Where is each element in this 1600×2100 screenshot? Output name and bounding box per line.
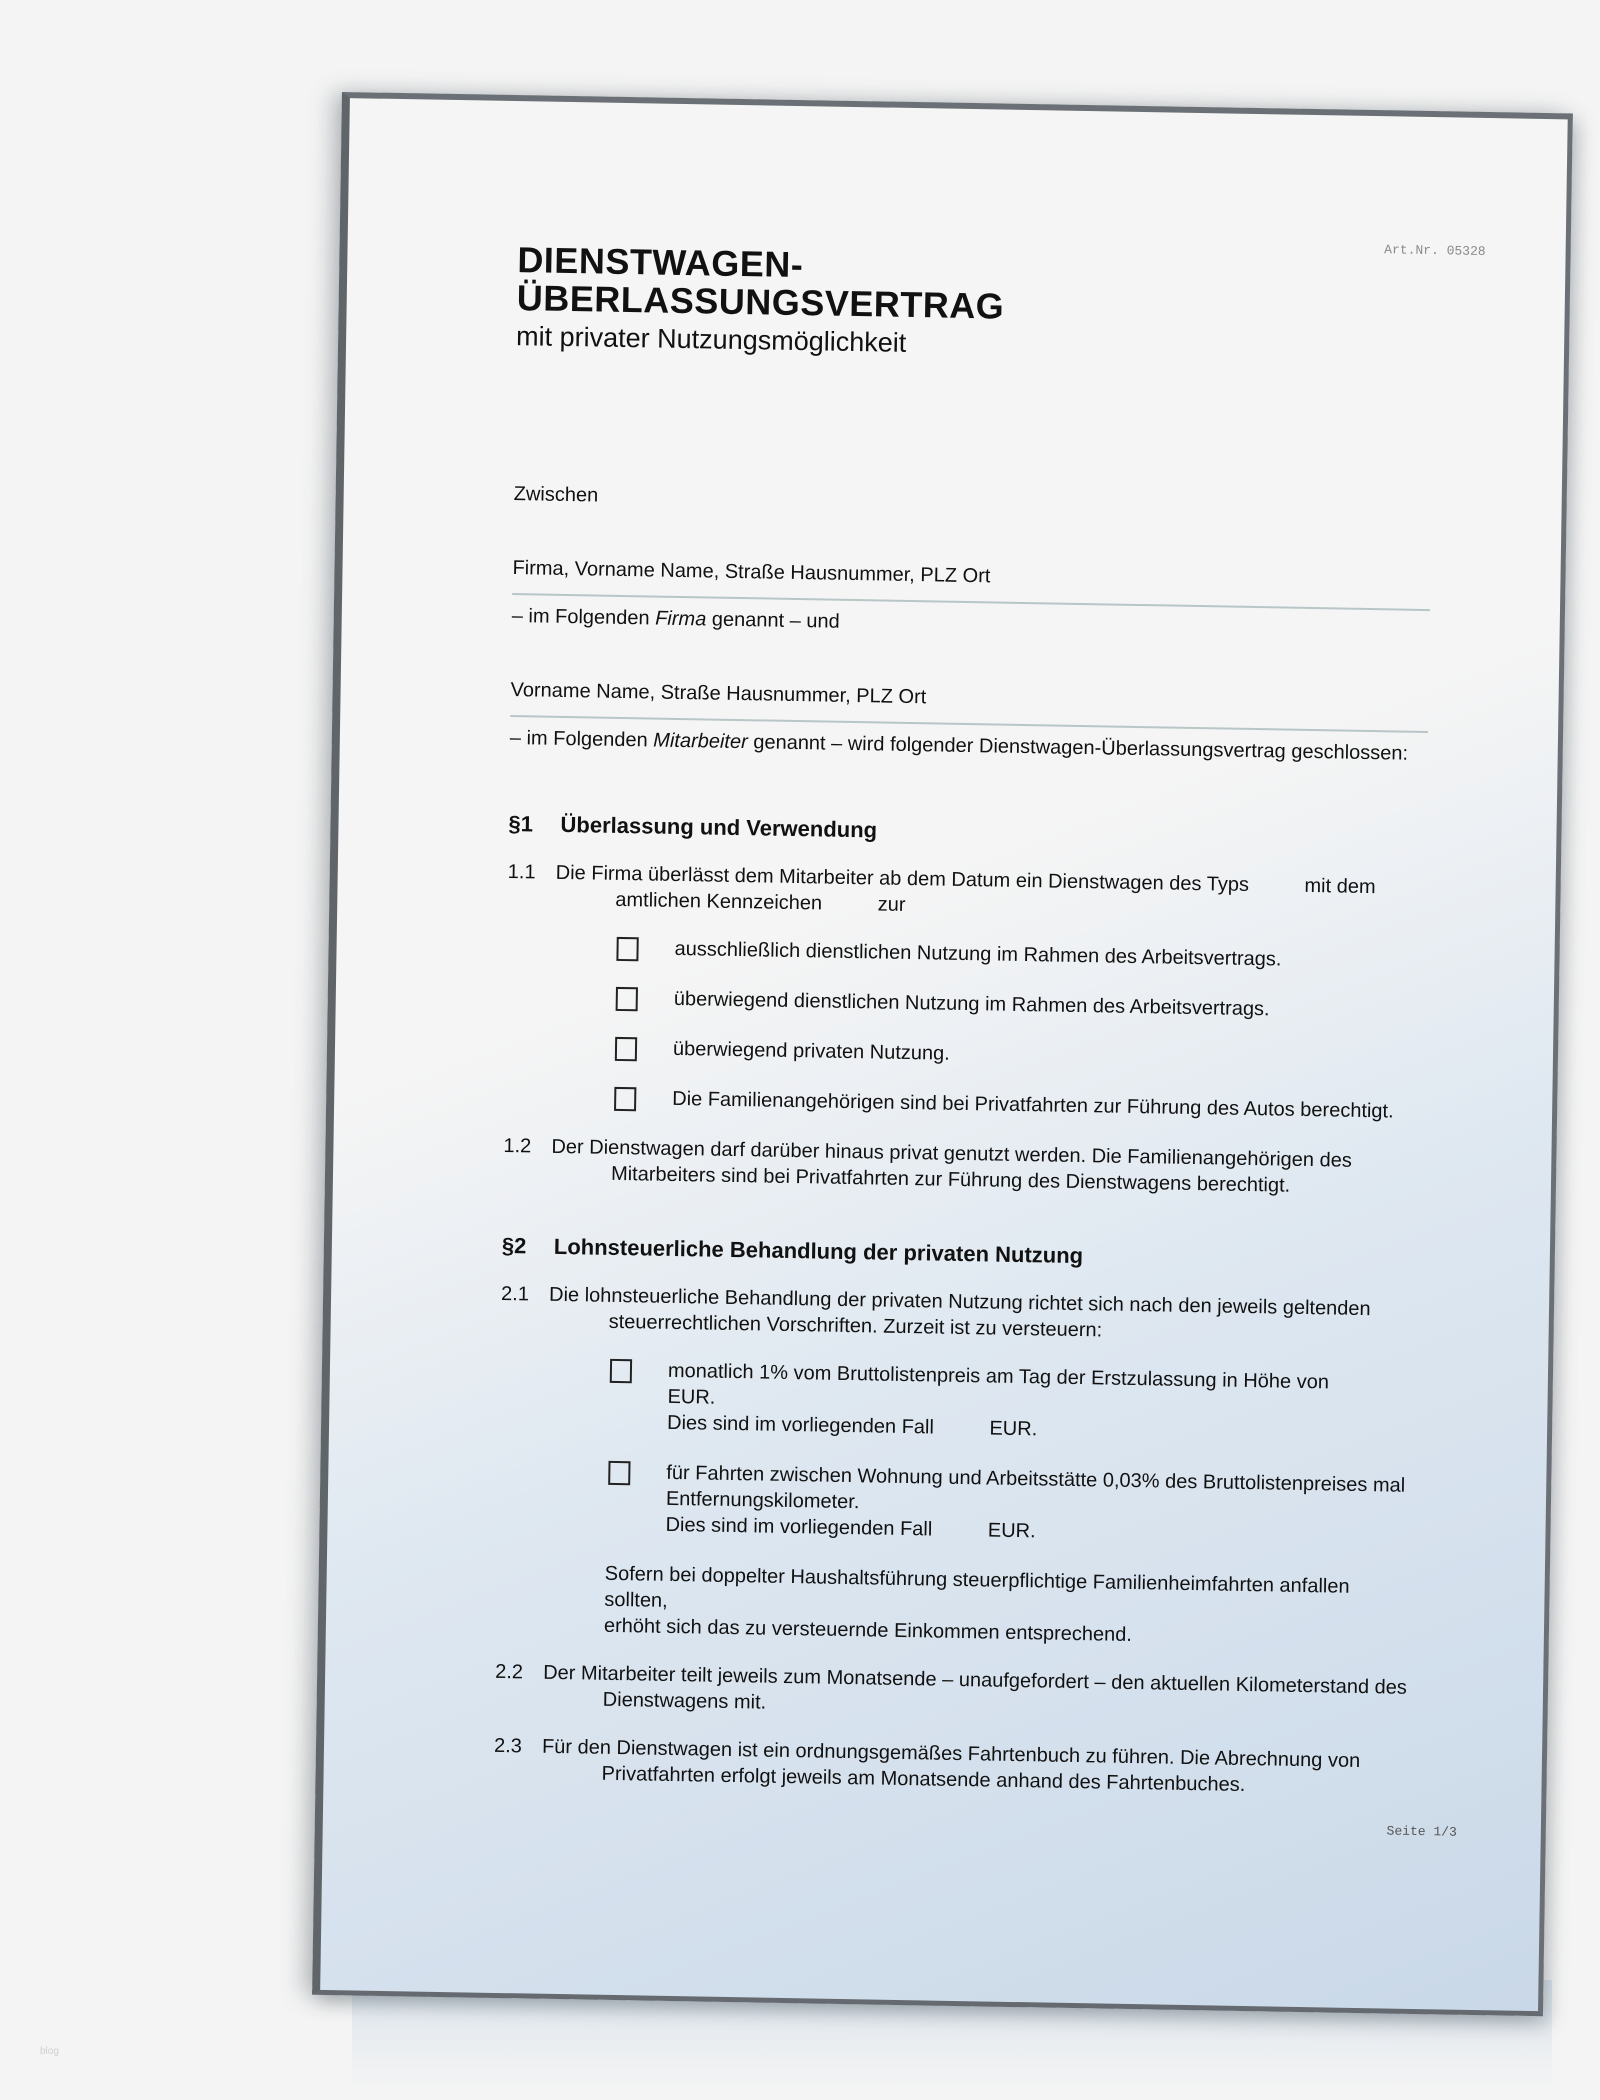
article-number: Art.Nr. 05328	[1384, 242, 1486, 259]
checkbox[interactable]	[608, 1461, 630, 1485]
option-item[interactable]: überwiegend dienstlichen Nutzung im Rahm…	[616, 985, 1424, 1025]
option-item[interactable]: überwiegend privaten Nutzung.	[615, 1035, 1423, 1075]
checkbox[interactable]	[616, 937, 638, 961]
option-item[interactable]: monatlich 1% vom Bruttolistenpreis am Ta…	[609, 1357, 1418, 1449]
checkbox[interactable]	[610, 1359, 632, 1383]
subtitle: mit privater Nutzungsmöglichkeit	[516, 321, 1004, 361]
checkbox[interactable]	[616, 987, 638, 1011]
watermark: blog	[40, 2046, 59, 2057]
tax-options: monatlich 1% vom Bruttolistenpreis am Ta…	[497, 1355, 1418, 1551]
checkbox[interactable]	[614, 1087, 636, 1111]
option-item[interactable]: Die Familienangehörigen sind bei Privatf…	[614, 1085, 1422, 1125]
option-item[interactable]: für Fahrten zwischen Wohnung und Arbeits…	[607, 1459, 1416, 1551]
document-body: Zwischen Firma, Vorname Name, Straße Hau…	[493, 481, 1431, 1801]
title-line-2: ÜBERLASSUNGSVERTRAG	[516, 279, 1004, 326]
option-item[interactable]: ausschließlich dienstlichen Nutzung im R…	[616, 935, 1424, 975]
title-block: DIENSTWAGEN- ÜBERLASSUNGSVERTRAG mit pri…	[516, 241, 1005, 360]
checkbox[interactable]	[615, 1037, 637, 1061]
page-number: Seite 1/3	[1386, 1823, 1456, 1839]
usage-options: ausschließlich dienstlichen Nutzung im R…	[504, 933, 1425, 1125]
document-page: Art.Nr. 05328 DIENSTWAGEN- ÜBERLASSUNGSV…	[312, 92, 1573, 2016]
